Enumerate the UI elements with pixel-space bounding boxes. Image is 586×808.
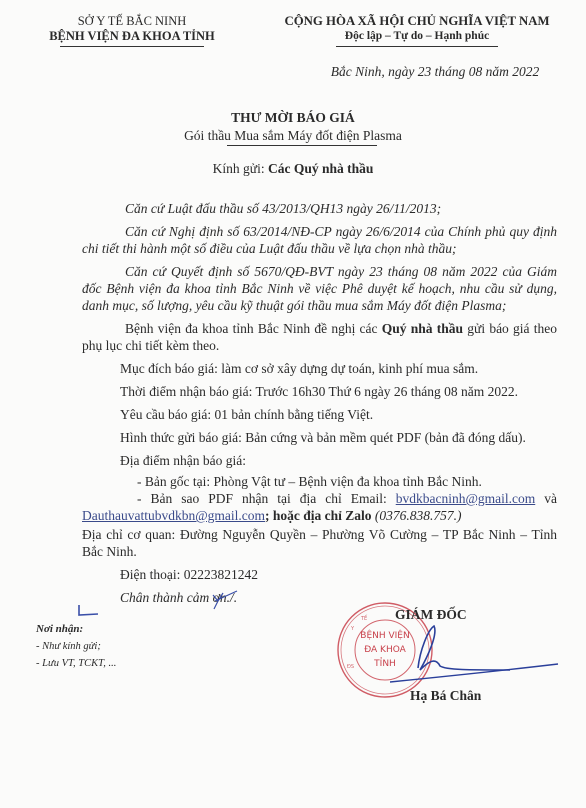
request-text-before: Bệnh viện đa khoa tỉnh Bắc Ninh đề nghị … (125, 321, 382, 336)
format: Hình thức gửi báo giá: Bản cứng và bản m… (82, 429, 557, 446)
request-text-bold: Quý nhà thầu (382, 321, 463, 336)
request-paragraph: Bệnh viện đa khoa tỉnh Bắc Ninh đề nghị … (82, 320, 557, 354)
zalo-number: (0376.838.757.) (375, 508, 462, 523)
delivery-zalo-prefix: ; hoặc địa chỉ Zalo (265, 508, 375, 523)
recipients-heading: Nơi nhận: (36, 621, 116, 638)
phone: Điện thoại: 02223821242 (82, 566, 557, 583)
signature-icon (390, 620, 560, 690)
salutation-prefix: Kính gửi: (213, 161, 268, 176)
closing: Chân thành cảm ơn./. (82, 589, 557, 606)
header-left-rule (60, 46, 204, 47)
recipient-item: - Như kính gửi; (36, 638, 116, 655)
requirement: Yêu cầu báo giá: 01 bản chính bằng tiếng… (82, 406, 557, 423)
subtitle-rule (227, 145, 377, 146)
email-link-primary[interactable]: bvdkbacninh@gmail.com (396, 491, 536, 506)
national-header: CỘNG HÒA XÃ HỘI CHỦ NGHĨA VIỆT NAM Độc l… (262, 14, 572, 47)
nation-name: CỘNG HÒA XÃ HỘI CHỦ NGHĨA VIỆT NAM (262, 14, 572, 29)
email-link-secondary[interactable]: Dauthauvattubvdkbn@gmail.com (82, 508, 265, 523)
legal-basis-2: Căn cứ Nghị định số 63/2014/NĐ-CP ngày 2… (82, 223, 557, 257)
document-subtitle: Gói thầu Mua sắm Máy đốt điện Plasma (0, 128, 586, 144)
svg-text:TẾ: TẾ (360, 614, 368, 622)
issuer-header: SỞ Y TẾ BẮC NINH BỆNH VIỆN ĐA KHOA TỈNH (22, 14, 242, 47)
department-name: SỞ Y TẾ BẮC NINH (22, 14, 242, 29)
recipients-block: Nơi nhận: - Như kính gửi; - Lưu VT, TCKT… (36, 621, 116, 672)
dateline: Bắc Ninh, ngày 23 tháng 08 năm 2022 (300, 64, 570, 80)
legal-basis-3: Căn cứ Quyết định số 5670/QĐ-BVT ngày 23… (82, 263, 557, 314)
delivery-original: - Bản gốc tại: Phòng Vật tư – Bệnh viện … (82, 473, 557, 490)
delivery-label: Địa điểm nhận báo giá: (82, 452, 557, 469)
svg-text:ĐS: ĐS (347, 664, 354, 670)
delivery-copy-prefix: - Bản sao PDF nhận tại địa chỉ Email: (137, 491, 396, 506)
purpose: Mục đích báo giá: làm cơ sở xây dựng dự … (82, 360, 557, 377)
hospital-name: BỆNH VIỆN ĐA KHOA TỈNH (22, 29, 242, 44)
signatory-name: Hạ Bá Chân (410, 688, 481, 704)
document-title: THƯ MỜI BÁO GIÁ (0, 110, 586, 126)
letter-body: Căn cứ Luật đấu thầu số 43/2013/QH13 ngà… (82, 200, 557, 612)
delivery-and: và (535, 491, 557, 506)
initial-mark-small-icon (76, 603, 100, 619)
salutation: Kính gửi: Các Quý nhà thầu (0, 161, 586, 177)
delivery-copy: - Bản sao PDF nhận tại địa chỉ Email: bv… (82, 490, 557, 524)
svg-text:Y: Y (350, 626, 355, 632)
legal-basis-1: Căn cứ Luật đấu thầu số 43/2013/QH13 ngà… (82, 200, 557, 217)
deadline: Thời điểm nhận báo giá: Trước 16h30 Thứ … (82, 383, 557, 400)
national-motto: Độc lập – Tự do – Hạnh phúc (262, 29, 572, 44)
address-text: Địa chỉ cơ quan: Đường Nguyễn Quyền – Ph… (82, 527, 557, 559)
address: Địa chỉ cơ quan: Đường Nguyễn Quyền – Ph… (82, 526, 557, 560)
initial-mark-icon (209, 589, 239, 611)
header-right-rule (336, 46, 498, 47)
salutation-recipient: Các Quý nhà thầu (268, 161, 373, 176)
recipient-item: - Lưu VT, TCKT, ... (36, 655, 116, 672)
